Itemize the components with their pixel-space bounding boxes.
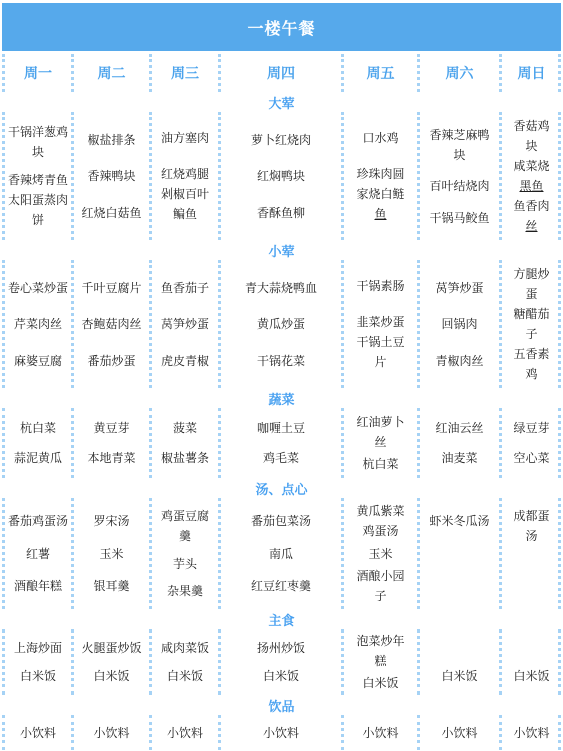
dish-line: 香辣烤青鱼 [6, 170, 70, 190]
dish-item: 百叶结烧肉 [421, 176, 498, 196]
dish-line: 千叶豆腐片 [75, 278, 148, 298]
dish-item: 玉米 [345, 544, 416, 564]
menu-cell: 萝卜红烧肉红焖鸭块香酥鱼柳 [218, 112, 341, 240]
dish-line: 红油萝卜 [345, 412, 416, 432]
dish-line: 青椒肉丝 [421, 351, 498, 371]
dish-line: 珍珠肉圆 [345, 164, 416, 184]
dish-line: 干锅花菜 [222, 351, 340, 371]
dish-line: 杏鲍菇肉丝 [75, 314, 148, 334]
dish-line: 饼 [6, 210, 70, 230]
dish-line: 卷心菜炒蛋 [6, 278, 70, 298]
dish-item: 香辣烤青鱼太阳蛋蒸肉饼 [6, 170, 70, 230]
dish-item: 青大蒜烧鸭血 [222, 278, 340, 298]
dish-line: 香菇鸡 [503, 116, 560, 136]
menu-cell: 口水鸡珍珠肉圆家烧白鲢鱼 [341, 112, 417, 240]
dish-line: 块 [6, 142, 70, 162]
dish-line: 小饮料 [503, 723, 560, 743]
menu-cell: 番茄包菜汤南瓜红豆红枣羹 [218, 498, 341, 609]
dish-line: 家烧白鲢 [345, 184, 416, 204]
dish-line: 百叶结烧肉 [421, 176, 498, 196]
dish-item: 油方塞肉 [153, 128, 217, 148]
dish-line: 咸肉菜饭 [153, 638, 217, 658]
dish-line: 糕 [345, 651, 416, 671]
day-header-row: 周一周二周三周四周五周六周日 [2, 54, 561, 92]
dish-item: 火腿蛋炒饭 [75, 638, 148, 658]
dish-item: 回锅肉 [421, 314, 498, 334]
dish-item: 红烧白菇鱼 [75, 203, 148, 223]
menu-cell: 香辣芝麻鸭块百叶结烧肉干锅马鲛鱼 [417, 112, 499, 240]
dish-line: 红豆红枣羹 [222, 576, 340, 596]
dish-item: 本地青菜 [75, 448, 148, 468]
dish-item: 咖喱土豆 [222, 418, 340, 438]
menu-cell: 白米饭 [417, 629, 499, 695]
dish-line: 麻婆豆腐 [6, 351, 70, 371]
dish-line: 干锅马鲛鱼 [421, 208, 498, 228]
dish-item: 小饮料 [421, 723, 498, 743]
dish-line: 萝卜红烧肉 [222, 130, 340, 150]
dish-line: 黑鱼 [503, 176, 560, 196]
menu-cell: 椒盐排条香辣鸭块红烧白菇鱼 [71, 112, 149, 240]
dish-line: 蛋 [503, 284, 560, 304]
dish-line: 白米饭 [6, 666, 70, 686]
dish-item: 罗宋汤 [75, 511, 148, 531]
dish-line: 汤 [503, 526, 560, 546]
section-row: 上海炒面白米饭火腿蛋炒饭白米饭咸肉菜饭白米饭扬州炒饭白米饭泡菜炒年糕白米饭白米饭… [2, 629, 561, 695]
dish-item: 珍珠肉圆家烧白鲢鱼 [345, 164, 416, 224]
dish-line: 干锅土豆 [345, 332, 416, 352]
dish-item: 泡菜炒年糕 [345, 631, 416, 671]
dish-line: 酒酿小园 [345, 566, 416, 586]
dish-line: 红油云丝 [421, 418, 498, 438]
dish-line: 口水鸡 [345, 128, 416, 148]
menu-cell: 香菇鸡块咸菜烧黑鱼鱼香肉丝 [499, 112, 561, 240]
dish-line: 黄瓜紫菜 [345, 501, 416, 521]
dish-line: 莴笋炒蛋 [153, 314, 217, 334]
menu-cell: 泡菜炒年糕白米饭 [341, 629, 417, 695]
dish-line: 杭白菜 [345, 454, 416, 474]
dish-item: 萝卜红烧肉 [222, 130, 340, 150]
dish-line: 咖喱土豆 [222, 418, 340, 438]
dish-item: 杭白菜 [6, 418, 70, 438]
dish-line: 莴笋炒蛋 [421, 278, 498, 298]
dish-line: 鸡毛菜 [222, 448, 340, 468]
menu-cell: 小饮料 [341, 715, 417, 750]
dish-line [421, 576, 498, 596]
dish-line: 上海炒面 [6, 638, 70, 658]
dish-line: 丝 [503, 216, 560, 236]
menu-cell: 虾米冬瓜汤 [417, 498, 499, 609]
dish-item: 青椒肉丝 [421, 351, 498, 371]
dish-line: 韭菜炒蛋 [345, 312, 416, 332]
dish-line: 小饮料 [153, 723, 217, 743]
dish-line: 片 [345, 352, 416, 372]
dish-item: 千叶豆腐片 [75, 278, 148, 298]
dish-item: 香菇鸡块咸菜烧黑鱼鱼香肉丝 [503, 116, 560, 236]
dish-item [503, 581, 560, 601]
dish-item: 银耳羹 [75, 576, 148, 596]
dish-item: 玉米 [75, 544, 148, 564]
dish-line: 回锅肉 [421, 314, 498, 334]
menu-cell: 鸡蛋豆腐羹芋头杂果羹 [149, 498, 218, 609]
dish-line: 番茄炒蛋 [75, 351, 148, 371]
dish-line: 白米饭 [503, 666, 560, 686]
dish-item: 红烧鸡腿剁椒百叶鳊鱼 [153, 164, 217, 224]
menu-cell: 小饮料 [499, 715, 561, 750]
dish-item [421, 544, 498, 564]
dish-line: 油麦菜 [421, 448, 498, 468]
dish-line: 五香素 [503, 344, 560, 364]
dish-item: 白米饭 [345, 673, 416, 693]
dish-line: 香辣鸭块 [75, 166, 148, 186]
menu-cell: 黄瓜紫菜鸡蛋汤玉米酒酿小园子 [341, 498, 417, 609]
dish-item: 咸肉菜饭 [153, 638, 217, 658]
dish-item: 扬州炒饭 [222, 638, 340, 658]
section-label: 饮品 [2, 695, 561, 715]
dish-item [421, 638, 498, 658]
dish-line: 芋头 [153, 554, 217, 574]
dish-item: 白米饭 [75, 666, 148, 686]
dish-item: 蒜泥黄瓜 [6, 448, 70, 468]
day-header-cell-1: 周一 [2, 54, 71, 92]
dish-item: 空心菜 [503, 448, 560, 468]
dish-item: 小饮料 [75, 723, 148, 743]
dish-line: 剁椒百叶 [153, 184, 217, 204]
dish-item: 黄瓜紫菜鸡蛋汤 [345, 501, 416, 541]
dish-item: 小饮料 [153, 723, 217, 743]
dish-line: 白米饭 [345, 673, 416, 693]
menu-cell: 油方塞肉红烧鸡腿剁椒百叶鳊鱼 [149, 112, 218, 240]
dish-item: 虾米冬瓜汤 [421, 511, 498, 531]
dish-line: 红烧鸡腿 [153, 164, 217, 184]
menu-cell: 杭白菜蒜泥黄瓜 [2, 408, 71, 478]
menu-cell: 小饮料 [71, 715, 149, 750]
dish-line: 羹 [153, 526, 217, 546]
day-header-cell-3: 周三 [149, 54, 218, 92]
dish-item: 小饮料 [345, 723, 416, 743]
dish-line: 干锅素肠 [345, 276, 416, 296]
dish-item: 芹菜肉丝 [6, 314, 70, 334]
dish-line: 蒜泥黄瓜 [6, 448, 70, 468]
dish-item: 杭白菜 [345, 454, 416, 474]
dish-item: 白米饭 [222, 666, 340, 686]
day-header-cell-7: 周日 [499, 54, 561, 92]
dish-item: 黄瓜炒蛋 [222, 314, 340, 334]
dish-item: 红焖鸭块 [222, 166, 340, 186]
dish-line: 虎皮青椒 [153, 351, 217, 371]
dish-line: 白米饭 [421, 666, 498, 686]
dish-item: 杂果羹 [153, 581, 217, 601]
menu-cell: 小饮料 [218, 715, 341, 750]
menu-cell: 小饮料 [2, 715, 71, 750]
dish-line: 干锅洋葱鸡 [6, 122, 70, 142]
menu-cell: 罗宋汤玉米银耳羹 [71, 498, 149, 609]
dish-line: 虾米冬瓜汤 [421, 511, 498, 531]
section-row: 小饮料小饮料小饮料小饮料小饮料小饮料小饮料 [2, 715, 561, 750]
dish-item: 干锅马鲛鱼 [421, 208, 498, 228]
dish-line: 黄豆芽 [75, 418, 148, 438]
dish-line: 小饮料 [222, 723, 340, 743]
section-label: 大荤 [2, 92, 561, 112]
dish-item: 麻婆豆腐 [6, 351, 70, 371]
menu-cell: 青大蒜烧鸭血黄瓜炒蛋干锅花菜 [218, 260, 341, 388]
menu-title-bar: 一楼午餐 [2, 3, 561, 51]
dish-line [503, 581, 560, 601]
menu-cell: 干锅洋葱鸡块香辣烤青鱼太阳蛋蒸肉饼 [2, 112, 71, 240]
dish-line: 咸菜烧 [503, 156, 560, 176]
dish-line: 杂果羹 [153, 581, 217, 601]
dish-line: 玉米 [345, 544, 416, 564]
dish-line: 扬州炒饭 [222, 638, 340, 658]
dish-item: 绿豆芽 [503, 418, 560, 438]
dish-line: 芹菜肉丝 [6, 314, 70, 334]
dish-item: 干锅素肠 [345, 276, 416, 296]
dish-line: 小饮料 [421, 723, 498, 743]
menu-cell: 方腿炒蛋糖醋茄子五香素鸡 [499, 260, 561, 388]
dish-line: 空心菜 [503, 448, 560, 468]
dish-line: 椒盐排条 [75, 130, 148, 150]
menu-cell: 成都蛋汤 [499, 498, 561, 609]
dish-item: 白米饭 [421, 666, 498, 686]
menu-cell: 咖喱土豆鸡毛菜 [218, 408, 341, 478]
menu-cell: 红油萝卜丝杭白菜 [341, 408, 417, 478]
dish-item: 芋头 [153, 554, 217, 574]
dish-line: 子 [503, 324, 560, 344]
dish-line: 香辣芝麻鸭 [421, 125, 498, 145]
dish-item: 干锅洋葱鸡块 [6, 122, 70, 162]
dish-line: 丝 [345, 432, 416, 452]
dish-item: 鸡毛菜 [222, 448, 340, 468]
menu-cell: 干锅素肠韭菜炒蛋干锅土豆片 [341, 260, 417, 388]
section-label: 主食 [2, 609, 561, 629]
menu-cell: 火腿蛋炒饭白米饭 [71, 629, 149, 695]
menu-cell: 扬州炒饭白米饭 [218, 629, 341, 695]
menu-cell: 咸肉菜饭白米饭 [149, 629, 218, 695]
dish-line: 鸡 [503, 364, 560, 384]
dish-item: 上海炒面 [6, 638, 70, 658]
dish-item: 鸡蛋豆腐羹 [153, 506, 217, 546]
dish-line: 鸡蛋豆腐 [153, 506, 217, 526]
dish-item: 香酥鱼柳 [222, 203, 340, 223]
dish-item: 白米饭 [6, 666, 70, 686]
dish-item: 红油萝卜丝 [345, 412, 416, 452]
menu-cell: 小饮料 [149, 715, 218, 750]
dish-item: 黄豆芽 [75, 418, 148, 438]
dish-item: 成都蛋汤 [503, 506, 560, 546]
day-header-cell-2: 周二 [71, 54, 149, 92]
dish-item: 鱼香茄子 [153, 278, 217, 298]
section-row: 番茄鸡蛋汤红薯酒酿年糕罗宋汤玉米银耳羹鸡蛋豆腐羹芋头杂果羹番茄包菜汤南瓜红豆红枣… [2, 498, 561, 609]
dish-item: 椒盐薯条 [153, 448, 217, 468]
menu-cell: 白米饭 [499, 629, 561, 695]
dish-line: 香酥鱼柳 [222, 203, 340, 223]
dish-item [503, 638, 560, 658]
dish-item: 小饮料 [503, 723, 560, 743]
dish-line: 小饮料 [6, 723, 70, 743]
dish-item: 虎皮青椒 [153, 351, 217, 371]
menu-cell: 卷心菜炒蛋芹菜肉丝麻婆豆腐 [2, 260, 71, 388]
menu-title: 一楼午餐 [247, 16, 315, 39]
dish-line: 红烧白菇鱼 [75, 203, 148, 223]
menu-cell: 上海炒面白米饭 [2, 629, 71, 695]
dish-item: 红薯 [6, 544, 70, 564]
dish-line: 白米饭 [222, 666, 340, 686]
dish-item: 番茄炒蛋 [75, 351, 148, 371]
dish-line: 黄瓜炒蛋 [222, 314, 340, 334]
dish-line: 鸡蛋汤 [345, 521, 416, 541]
section-label: 蔬菜 [2, 388, 561, 408]
dish-item: 莴笋炒蛋 [153, 314, 217, 334]
dish-line: 番茄包菜汤 [222, 511, 340, 531]
dish-item: 油麦菜 [421, 448, 498, 468]
dish-item: 韭菜炒蛋干锅土豆片 [345, 312, 416, 372]
dish-line: 本地青菜 [75, 448, 148, 468]
dish-line: 罗宋汤 [75, 511, 148, 531]
dish-item: 白米饭 [153, 666, 217, 686]
section-row: 杭白菜蒜泥黄瓜黄豆芽本地青菜菠菜椒盐薯条咖喱土豆鸡毛菜红油萝卜丝杭白菜红油云丝油… [2, 408, 561, 478]
lunch-menu-page: 一楼午餐 周一周二周三周四周五周六周日大荤干锅洋葱鸡块香辣烤青鱼太阳蛋蒸肉饼椒盐… [0, 0, 561, 750]
dish-item: 番茄包菜汤 [222, 511, 340, 531]
dish-item [503, 554, 560, 574]
dish-item: 菠菜 [153, 418, 217, 438]
dish-line: 鱼香肉 [503, 196, 560, 216]
dish-line: 银耳羹 [75, 576, 148, 596]
dish-item: 小饮料 [6, 723, 70, 743]
dish-item: 白米饭 [503, 666, 560, 686]
dish-line: 油方塞肉 [153, 128, 217, 148]
dish-line: 火腿蛋炒饭 [75, 638, 148, 658]
menu-cell: 千叶豆腐片杏鲍菇肉丝番茄炒蛋 [71, 260, 149, 388]
dish-line: 小饮料 [75, 723, 148, 743]
menu-cell: 绿豆芽空心菜 [499, 408, 561, 478]
dish-line: 方腿炒 [503, 264, 560, 284]
menu-cell: 菠菜椒盐薯条 [149, 408, 218, 478]
dish-line: 白米饭 [153, 666, 217, 686]
dish-item: 莴笋炒蛋 [421, 278, 498, 298]
dish-item: 椒盐排条 [75, 130, 148, 150]
dish-line: 糖醋茄 [503, 304, 560, 324]
dish-line [503, 638, 560, 658]
menu-cell: 小饮料 [417, 715, 499, 750]
dish-item: 卷心菜炒蛋 [6, 278, 70, 298]
dish-item: 酒酿年糕 [6, 576, 70, 596]
dish-line: 菠菜 [153, 418, 217, 438]
menu-cell: 红油云丝油麦菜 [417, 408, 499, 478]
dish-line: 玉米 [75, 544, 148, 564]
menu-cell: 番茄鸡蛋汤红薯酒酿年糕 [2, 498, 71, 609]
dish-item: 杏鲍菇肉丝 [75, 314, 148, 334]
dish-line: 番茄鸡蛋汤 [6, 511, 70, 531]
section-row: 干锅洋葱鸡块香辣烤青鱼太阳蛋蒸肉饼椒盐排条香辣鸭块红烧白菇鱼油方塞肉红烧鸡腿剁椒… [2, 112, 561, 240]
dish-line: 小饮料 [345, 723, 416, 743]
dish-item: 干锅花菜 [222, 351, 340, 371]
dish-line: 块 [421, 145, 498, 165]
dish-line: 鱼香茄子 [153, 278, 217, 298]
section-label: 小荤 [2, 240, 561, 260]
dish-line: 红薯 [6, 544, 70, 564]
menu-cell: 黄豆芽本地青菜 [71, 408, 149, 478]
dish-line: 酒酿年糕 [6, 576, 70, 596]
dish-item: 香辣鸭块 [75, 166, 148, 186]
dish-item: 香辣芝麻鸭块 [421, 125, 498, 165]
menu-cell: 鱼香茄子莴笋炒蛋虎皮青椒 [149, 260, 218, 388]
dish-line [421, 638, 498, 658]
lunch-menu-table: 周一周二周三周四周五周六周日大荤干锅洋葱鸡块香辣烤青鱼太阳蛋蒸肉饼椒盐排条香辣鸭… [2, 54, 561, 750]
dish-item: 南瓜 [222, 544, 340, 564]
dish-item: 小饮料 [222, 723, 340, 743]
dish-line: 南瓜 [222, 544, 340, 564]
dish-line [421, 544, 498, 564]
dish-item: 方腿炒蛋糖醋茄子五香素鸡 [503, 264, 560, 384]
dish-line: 块 [503, 136, 560, 156]
dish-line: 鳊鱼 [153, 204, 217, 224]
day-header-cell-4: 周四 [218, 54, 341, 92]
section-row: 卷心菜炒蛋芹菜肉丝麻婆豆腐千叶豆腐片杏鲍菇肉丝番茄炒蛋鱼香茄子莴笋炒蛋虎皮青椒青… [2, 260, 561, 388]
dish-item: 酒酿小园子 [345, 566, 416, 606]
dish-line [503, 554, 560, 574]
dish-line: 杭白菜 [6, 418, 70, 438]
dish-line: 绿豆芽 [503, 418, 560, 438]
dish-line: 鱼 [345, 204, 416, 224]
day-header-cell-6: 周六 [417, 54, 499, 92]
dish-line: 青大蒜烧鸭血 [222, 278, 340, 298]
day-header-cell-5: 周五 [341, 54, 417, 92]
dish-line: 泡菜炒年 [345, 631, 416, 651]
dish-line: 太阳蛋蒸肉 [6, 190, 70, 210]
dish-line: 椒盐薯条 [153, 448, 217, 468]
menu-cell: 莴笋炒蛋回锅肉青椒肉丝 [417, 260, 499, 388]
dish-line: 成都蛋 [503, 506, 560, 526]
dish-item [421, 576, 498, 596]
dish-line: 子 [345, 586, 416, 606]
dish-line: 红焖鸭块 [222, 166, 340, 186]
dish-item: 番茄鸡蛋汤 [6, 511, 70, 531]
dish-item: 口水鸡 [345, 128, 416, 148]
dish-item: 红豆红枣羹 [222, 576, 340, 596]
dish-line: 白米饭 [75, 666, 148, 686]
section-label: 汤、点心 [2, 478, 561, 498]
dish-item: 红油云丝 [421, 418, 498, 438]
